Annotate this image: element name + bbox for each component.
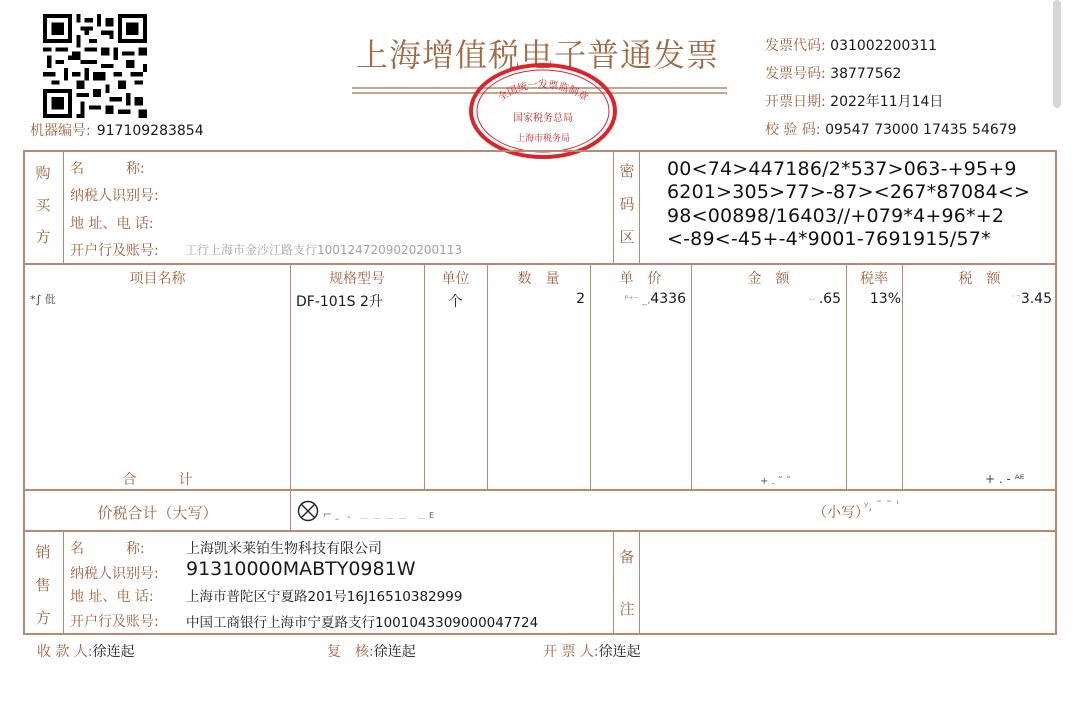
issue-date-value: 2022年11月14日 bbox=[830, 94, 943, 110]
remarks-content bbox=[645, 536, 1050, 630]
invoice-code: 发票代码: 031002200311 bbox=[765, 35, 937, 55]
seller-address-label: 地 址、电 话: bbox=[70, 586, 154, 606]
qr-code bbox=[43, 14, 147, 118]
remarks-label-1: 备 bbox=[617, 550, 637, 565]
item-quantity: 2 bbox=[487, 291, 585, 307]
divider bbox=[63, 531, 64, 635]
reviewer: 复 核:徐连起 bbox=[327, 641, 416, 661]
check-code: 校 验 码: 09547 73000 17435 54679 bbox=[765, 119, 1017, 139]
col-header-unit-price: 单 价 bbox=[590, 268, 691, 288]
payee: 收 款 人:徐连起 bbox=[37, 641, 135, 661]
item-tax: ˙ˉ3.45 bbox=[902, 291, 1052, 307]
buyer-label-1: 购 bbox=[30, 166, 56, 181]
divider bbox=[23, 530, 1057, 532]
seller-label-2: 售 bbox=[30, 578, 56, 593]
divider bbox=[613, 150, 614, 264]
col-header-tax: 税 额 bbox=[902, 268, 1057, 288]
seller-name-label: 名 称: bbox=[70, 538, 145, 558]
seller-taxid-label: 纳税人识别号: bbox=[70, 563, 159, 583]
seller-name-value: 上海凯米莱铂生物科技有限公司 bbox=[186, 538, 382, 558]
cipher-label-2: 码 bbox=[617, 197, 637, 212]
invoice-code-value: 031002200311 bbox=[830, 38, 937, 54]
buyer-name-label: 名 称: bbox=[70, 158, 145, 178]
invoice-number-label: 发票号码: bbox=[765, 66, 826, 82]
official-seal-stamp: 全国统一发票监制章 国家税务总局 上海市税务局 bbox=[468, 62, 618, 160]
divider bbox=[639, 150, 640, 264]
stamp-bottom-text: 上海市税务局 bbox=[516, 132, 570, 144]
seller-bank-label: 开户行及账号: bbox=[70, 611, 159, 631]
seller-taxid-value: 91310000MABTY0981W bbox=[186, 558, 415, 580]
issuer-label: 开 票 人: bbox=[543, 644, 599, 660]
stamp-middle-text: 国家税务总局 bbox=[513, 111, 573, 124]
machine-number-value: 917109283854 bbox=[97, 123, 204, 139]
item-unit-price: ᴾ⁺⁻ _,4336 bbox=[596, 291, 686, 307]
buyer-address-label: 地 址、电 话: bbox=[70, 213, 154, 233]
divider bbox=[590, 264, 591, 490]
total-tax: + . - ᴬᴱ bbox=[985, 472, 1025, 486]
buyer-label-2: 买 bbox=[30, 198, 56, 213]
stamp-top-text: 全国统一发票监制章 bbox=[495, 78, 591, 104]
col-header-item-name: 项目名称 bbox=[25, 268, 290, 288]
divider bbox=[613, 531, 614, 635]
small-amount-label: （小写） bbox=[813, 502, 869, 522]
seller-bank-value: 中国工商银行上海市宁夏路支行1001043309000047724 bbox=[186, 611, 538, 631]
small-amount-value: ʸ, ˉ ˉ ˈ bbox=[864, 499, 899, 513]
col-header-tax-rate: 税率 bbox=[846, 268, 902, 288]
seller-label-1: 销 bbox=[30, 545, 56, 560]
buyer-taxid-label: 纳税人识别号: bbox=[70, 185, 159, 205]
item-amount: ·· .65 bbox=[691, 291, 841, 307]
invoice-code-label: 发票代码: bbox=[765, 38, 826, 54]
divider bbox=[290, 264, 291, 531]
issuer: 开 票 人:徐连起 bbox=[543, 641, 641, 661]
cipher-label-3: 区 bbox=[617, 230, 637, 245]
col-header-spec: 规格型号 bbox=[290, 268, 424, 288]
col-header-amount: 金 额 bbox=[691, 268, 846, 288]
cipher-line-3: 98<00898/16403//+079*4+96*+2 bbox=[667, 205, 1004, 229]
cipher-line-4: <-89<-45+-4*9001-7691915/57* bbox=[667, 228, 991, 252]
payee-value: 徐连起 bbox=[93, 644, 135, 660]
machine-number-label: 机器编号: bbox=[30, 123, 91, 139]
total-amount: + . ˘ ˘ bbox=[760, 476, 791, 487]
cipher-line-2: 6201>305>77>-87><267*87084<> bbox=[667, 181, 1030, 205]
seller-address-value: 上海市普陀区宁夏路201号16J16510382999 bbox=[186, 585, 462, 605]
reviewer-label: 复 核: bbox=[327, 644, 374, 660]
issue-date: 开票日期: 2022年11月14日 bbox=[765, 91, 943, 111]
price-tax-uppercase-value: ⌐ˍ . ﹍﹍﹍﹍ ﹍ᴇ bbox=[323, 506, 436, 522]
item-name: *∫ 仳 bbox=[30, 291, 56, 307]
invoice-number-value: 38777562 bbox=[830, 66, 901, 82]
col-header-quantity: 数 量 bbox=[487, 268, 590, 288]
cipher-line-1: 00<74>447186/2*537>063-+95+9 bbox=[667, 158, 1017, 182]
vertical-scrollbar[interactable] bbox=[1053, 0, 1061, 108]
check-code-value: 09547 73000 17435 54679 bbox=[825, 122, 1017, 138]
invoice-number: 发票号码: 38777562 bbox=[765, 63, 901, 83]
divider bbox=[639, 531, 640, 635]
machine-number: 机器编号:917109283854 bbox=[30, 120, 204, 140]
reviewer-value: 徐连起 bbox=[374, 644, 416, 660]
item-unit: 个 bbox=[424, 291, 487, 311]
issue-date-label: 开票日期: bbox=[765, 94, 826, 110]
buyer-bank-value: 工行上海市金沙江路支行1001247209020200113 bbox=[185, 241, 462, 255]
buyer-label-3: 方 bbox=[30, 230, 56, 245]
cipher-label-1: 密 bbox=[617, 164, 637, 179]
svg-text:全国统一发票监制章: 全国统一发票监制章 bbox=[495, 78, 591, 104]
item-tax-rate: 13% bbox=[846, 291, 901, 307]
remarks-label-2: 注 bbox=[617, 602, 637, 617]
issuer-value: 徐连起 bbox=[599, 644, 641, 660]
check-code-label: 校 验 码: bbox=[765, 122, 821, 138]
circled-x-icon bbox=[297, 500, 319, 522]
total-label: 合 计 bbox=[25, 469, 290, 489]
item-spec: DF-101S 2升 bbox=[296, 291, 383, 311]
col-header-unit: 单位 bbox=[424, 268, 487, 288]
price-tax-total-label: 价税合计（大写） bbox=[25, 502, 290, 523]
buyer-bank-label: 开户行及账号: bbox=[70, 240, 159, 260]
divider bbox=[63, 150, 64, 264]
payee-label: 收 款 人: bbox=[37, 644, 93, 660]
seller-label-3: 方 bbox=[30, 611, 56, 626]
